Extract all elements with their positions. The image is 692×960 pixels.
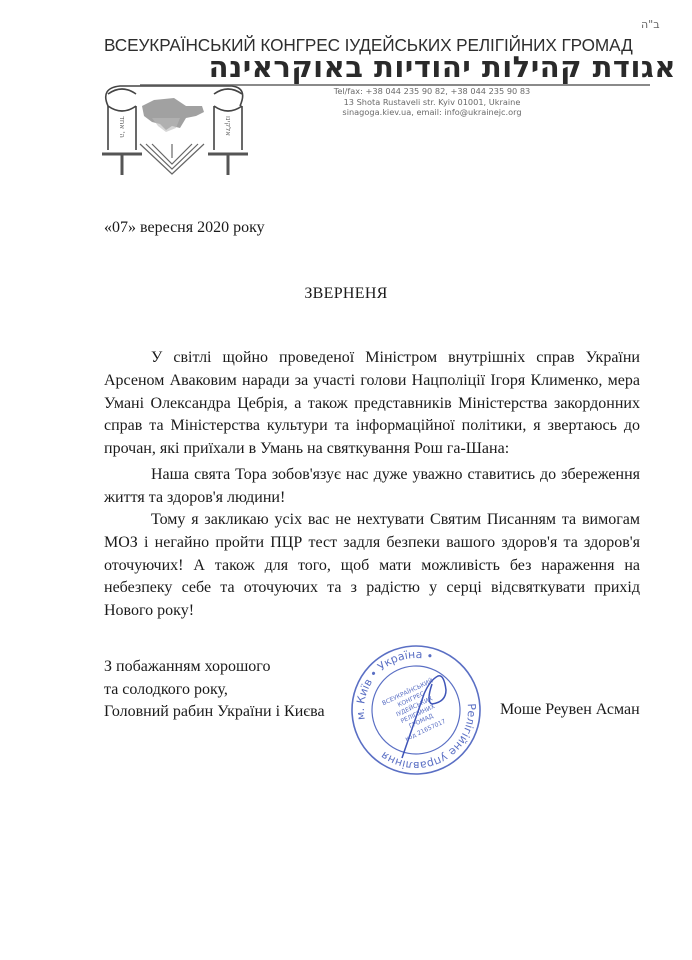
- scroll-right-text: אלקינו: [224, 116, 232, 136]
- letter-heading: ЗВЕРНЕНЯ: [0, 285, 692, 303]
- official-stamp-icon: м. Київ • Україна • Релігійне управління…: [346, 640, 486, 780]
- contact-phone: Tel/fax: +38 044 235 90 82, +38 044 235 …: [332, 86, 532, 97]
- organization-name-hebrew: אגודת קהילות יהודיות באוקראינה: [104, 50, 676, 84]
- contact-web-email: sinagoga.kiev.ua, email: info@ukrainejc.…: [332, 107, 532, 118]
- closing-line-1: З побажанням хорошого: [104, 656, 325, 679]
- closing-line-2: та солодкого року,: [104, 679, 325, 702]
- bh-mark: ב"ה: [641, 18, 660, 31]
- torah-scroll-menorah-logo-icon: ה' אחד אלקינו: [96, 84, 248, 176]
- body-paragraph-2: Наша свята Тора зобов'язує нас дуже уваж…: [104, 464, 640, 510]
- letter-date: «07» вересня 2020 року: [104, 219, 265, 237]
- body-paragraph-1: У світлі щойно проведеної Міністром внут…: [104, 347, 640, 461]
- contact-address: 13 Shota Rustaveli str. Kyiv 01001, Ukra…: [332, 97, 532, 108]
- signer-title: Головний рабин України і Києва: [104, 701, 325, 724]
- signer-name: Моше Реувен Асман: [500, 701, 640, 719]
- body-paragraph-3: Тому я закликаю усіх вас не нехтувати Св…: [104, 509, 640, 623]
- closing-block: З побажанням хорошого та солодкого року,…: [104, 656, 325, 724]
- contact-info: Tel/fax: +38 044 235 90 82, +38 044 235 …: [332, 86, 532, 118]
- scroll-left-text: ה' אחד: [118, 116, 126, 138]
